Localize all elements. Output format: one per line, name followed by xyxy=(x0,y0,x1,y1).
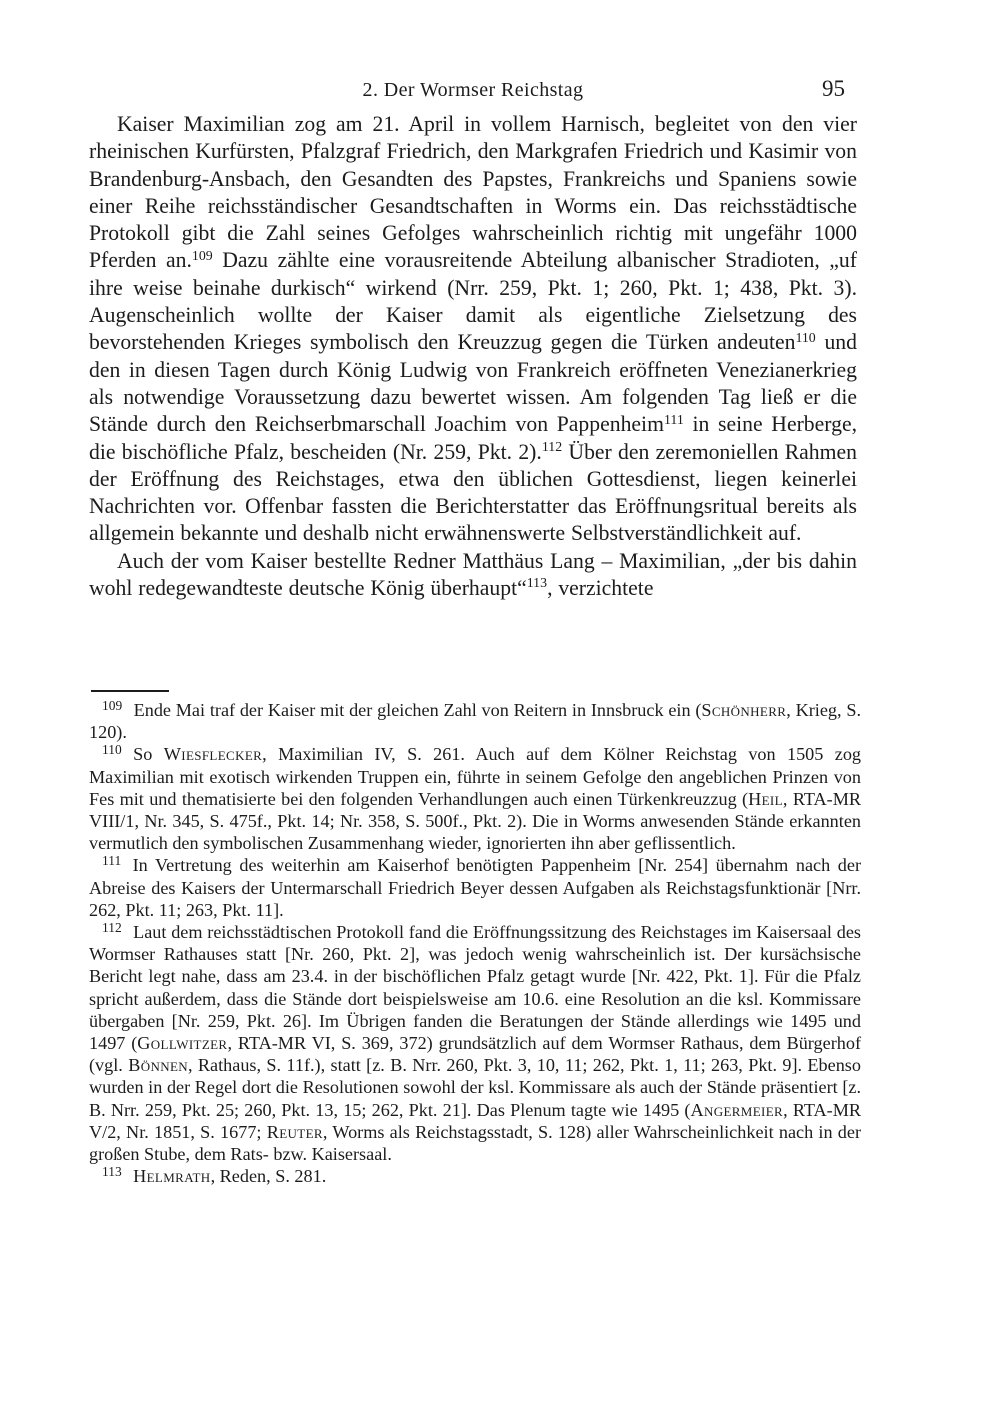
page-number: 95 xyxy=(822,75,845,103)
author-smallcaps: Heil xyxy=(748,789,783,809)
footnote-ref: 111 xyxy=(664,413,684,428)
footnote-ref: 112 xyxy=(542,440,562,455)
author-smallcaps: Bönnen xyxy=(128,1055,188,1075)
footnote-ref: 109 xyxy=(192,249,213,264)
author-smallcaps: Wiesflecker xyxy=(164,744,262,764)
footnote-number: 112 xyxy=(102,920,122,935)
author-smallcaps: Schönherr xyxy=(701,700,786,720)
footnote: 111In Vertretung des weiterhin am Kaiser… xyxy=(89,854,861,921)
footnote: 110So Wiesflecker, Maximilian IV, S. 261… xyxy=(89,743,861,854)
book-page: 2. Der Wormser Reichstag 95 Kaiser Maxim… xyxy=(0,0,1004,1418)
footnote-ref: 113 xyxy=(527,576,547,591)
body-paragraph: Kaiser Maximilian zog am 21. April in vo… xyxy=(89,111,857,548)
footnote-number: 110 xyxy=(102,742,122,757)
footnote-separator xyxy=(91,690,169,692)
author-smallcaps: Reuter xyxy=(267,1122,323,1142)
footnote-ref: 110 xyxy=(795,331,815,346)
author-smallcaps: Angermeier xyxy=(690,1100,783,1120)
body-text: Kaiser Maximilian zog am 21. April in vo… xyxy=(89,111,857,602)
body-paragraph: Auch der vom Kaiser bestellte Redner Mat… xyxy=(89,548,857,603)
footnote-number: 113 xyxy=(102,1164,122,1179)
section-title: 2. Der Wormser Reichstag xyxy=(89,78,857,102)
author-smallcaps: Helmrath xyxy=(133,1166,210,1186)
author-smallcaps: Gollwitzer xyxy=(137,1033,227,1053)
footnote-number: 111 xyxy=(102,853,121,868)
footnote: 109Ende Mai traf der Kaiser mit der glei… xyxy=(89,699,861,743)
footnotes-list: 109Ende Mai traf der Kaiser mit der glei… xyxy=(89,699,861,1187)
footnote: 112Laut dem reichsstädtischen Protokoll … xyxy=(89,921,861,1165)
running-header: 2. Der Wormser Reichstag 95 xyxy=(89,78,857,106)
footnote-number: 109 xyxy=(102,698,122,713)
footnote: 113Helmrath, Reden, S. 281. xyxy=(89,1165,861,1187)
footnotes-section: 109Ende Mai traf der Kaiser mit der glei… xyxy=(89,690,861,1187)
